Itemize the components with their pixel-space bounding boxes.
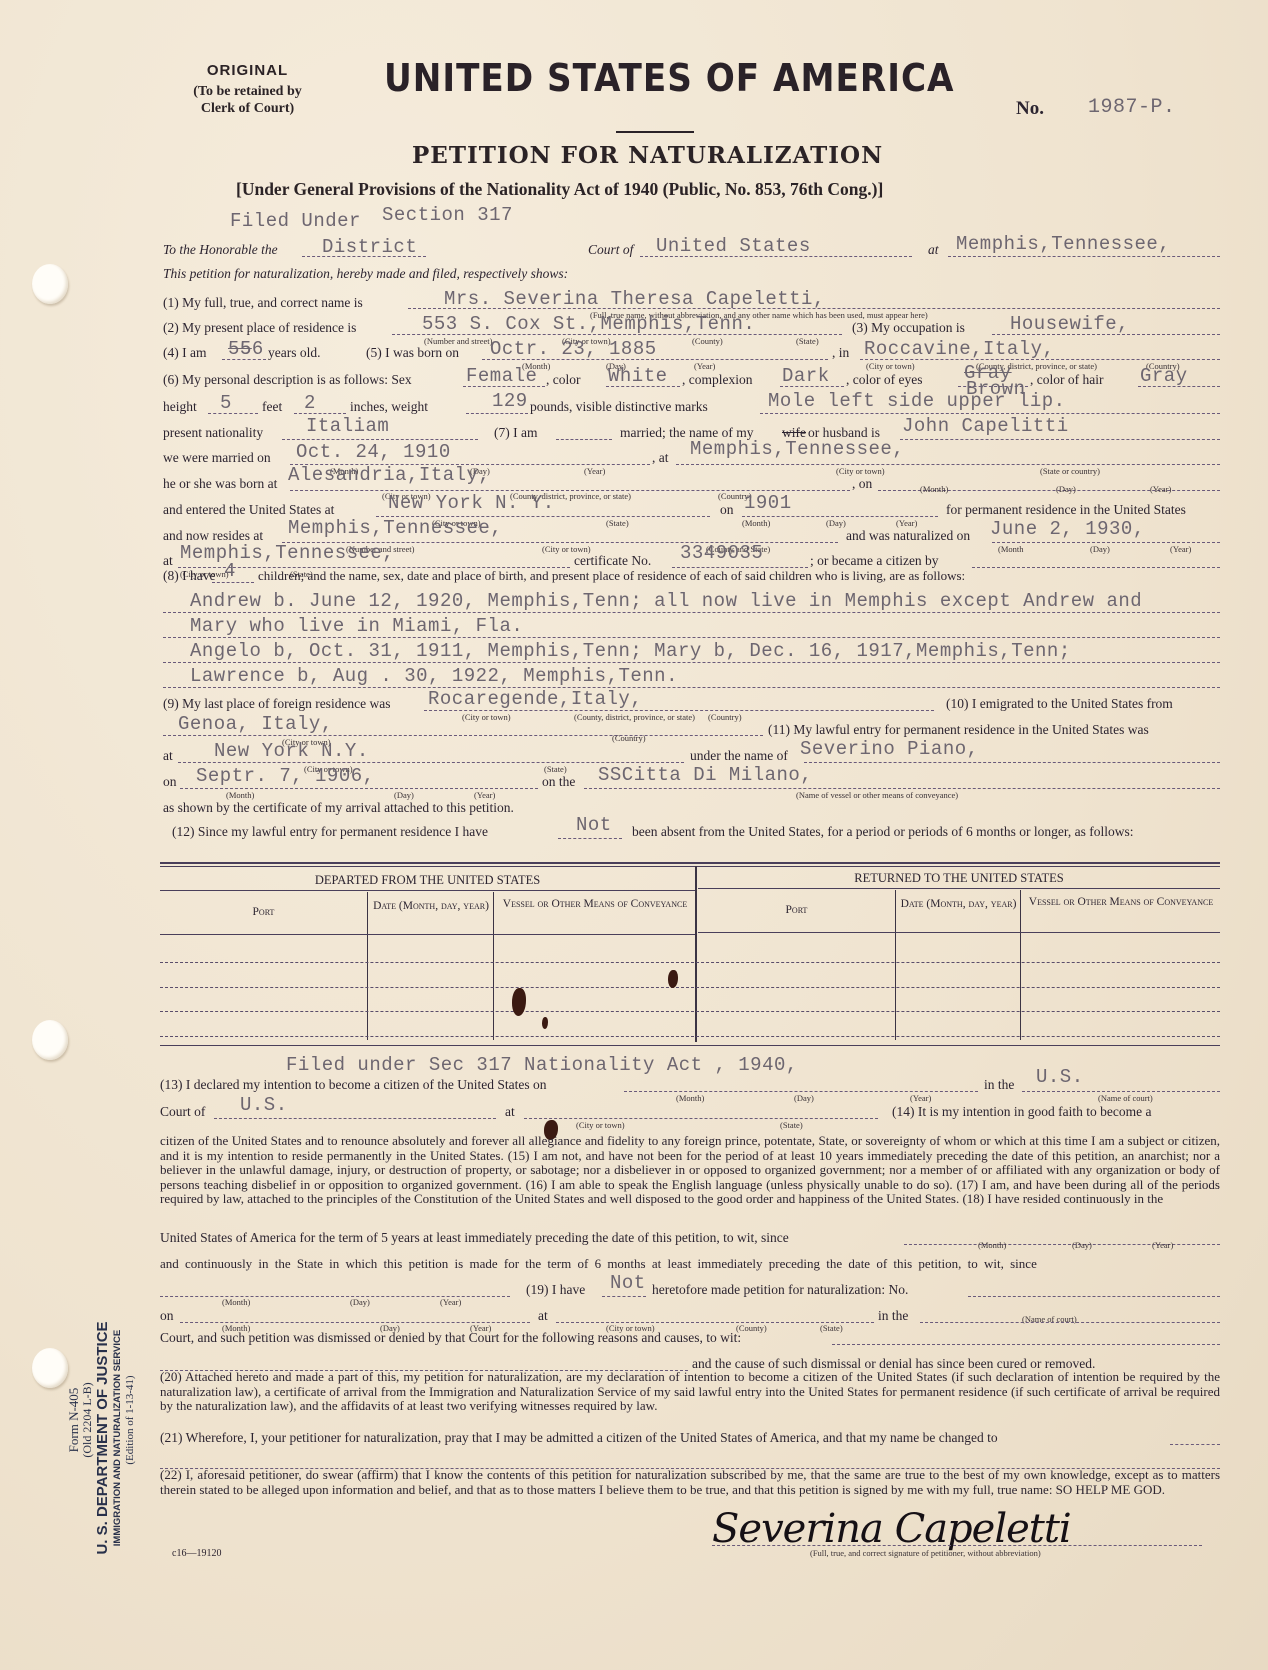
nat-at-label: at: [163, 553, 173, 569]
last-foreign-residence-field: Rocaregende,Italy,: [428, 688, 642, 710]
q8-suffix: children; and the name, sex, date and pl…: [258, 568, 965, 584]
fill-line: [163, 637, 1220, 638]
complexion-field: Dark: [782, 365, 830, 387]
original-note: (To be retained by Clerk of Court): [150, 83, 345, 117]
complexion-label: , complexion: [682, 372, 753, 388]
hint: (Country): [708, 712, 742, 722]
table-rule: [160, 1045, 1220, 1046]
petition-title: PETITION FOR NATURALIZATION: [412, 142, 883, 169]
hint: (State): [544, 764, 567, 774]
fill-line: [832, 1344, 1220, 1345]
q6-label: (6) My personal description is as follow…: [163, 372, 412, 388]
hint: (Day): [1090, 544, 1110, 554]
children-line: Mary who live in Miami, Fla.: [190, 615, 523, 637]
dismissed-text: Court, and such petition was dismissed o…: [160, 1330, 741, 1346]
residence-5yr-text: United States of America for the term of…: [160, 1230, 789, 1246]
children-line: Angelo b, Oct. 31, 1911, Memphis,Tenn; M…: [190, 640, 1071, 662]
hint: (City or town): [866, 361, 915, 371]
fill-line: [466, 413, 528, 414]
q2-label: (2) My present place of residence is: [163, 320, 356, 336]
document-title: UNITED STATES OF AMERICA: [384, 56, 955, 100]
filed-under-label: Filed Under: [230, 210, 361, 232]
court-location-field: Memphis,Tennessee,: [956, 233, 1170, 255]
number-label: No.: [1016, 98, 1044, 120]
punch-hole: [32, 264, 68, 304]
spouse-born-label: he or she was born at: [163, 476, 277, 492]
fill-line: [948, 256, 1220, 257]
hint: (Year): [584, 466, 605, 476]
entry-date-field: Septr. 7, 1906,: [196, 765, 375, 787]
residence-6mo-text: and continuously in the State in which t…: [160, 1256, 1037, 1272]
q19-label: (19) I have: [526, 1282, 585, 1298]
old-form-text: (Old 2204 L-B): [80, 1382, 94, 1457]
column-header-port: Port: [698, 904, 895, 917]
children-count-field: 4: [224, 560, 236, 582]
fill-line: [163, 612, 1220, 613]
original-note-line: (To be retained by: [150, 83, 345, 100]
hint: (Year): [910, 1093, 931, 1103]
fill-line: [900, 439, 1220, 440]
children-line: Lawrence b, Aug . 30, 1922, Memphis,Tenn…: [190, 665, 678, 687]
returned-header: RETURNED TO THE UNITED STATES: [698, 872, 1220, 885]
fill-line: [294, 413, 346, 414]
petitioner-name-field: Mrs. Severina Theresa Capeletti,: [444, 288, 825, 310]
on-label: on: [160, 1308, 174, 1324]
fill-line: [1170, 1444, 1220, 1445]
hint: (Month: [998, 544, 1024, 554]
certificate-number-field: 3349035: [680, 542, 763, 564]
column-divider: [367, 892, 368, 1040]
court-of-label: Court of: [588, 242, 633, 258]
to-honorable-label: To the Honorable the: [163, 242, 278, 258]
fill-line: [524, 1118, 878, 1119]
punch-hole: [32, 1020, 68, 1060]
occupation-field: Housewife,: [1010, 313, 1129, 335]
signature-line: [712, 1545, 1202, 1546]
filed-under-value: Section 317: [382, 204, 513, 226]
column-header-date: Date (Month, day, year): [897, 898, 1020, 911]
service-label: IMMIGRATION AND NATURALIZATION SERVICE: [112, 1298, 123, 1578]
height-inches-field: 2: [304, 392, 316, 414]
fill-line: [1022, 1091, 1220, 1092]
fill-line: [282, 439, 478, 440]
declaration-court-field: U.S.: [1036, 1066, 1084, 1088]
color-field: White: [608, 365, 668, 387]
certificate-note: as shown by the certificate of my arriva…: [163, 800, 514, 816]
hint: (City or town): [576, 1120, 625, 1130]
vessel-field: SSCitta Di Milano,: [598, 764, 812, 786]
fill-line: [602, 1296, 646, 1297]
court-of-field: United States: [656, 235, 811, 257]
nationality-field: Italiam: [306, 415, 389, 437]
department-text: DEPARTMENT OF JUSTICE: [94, 1321, 111, 1517]
q1-label: (1) My full, true, and correct name is: [163, 295, 363, 311]
hint: (Month): [920, 484, 948, 494]
fill-line: [584, 788, 1220, 789]
citizen-by-label: ; or became a citizen by: [810, 553, 939, 569]
hint: (Year): [474, 790, 495, 800]
entry-place-field: New York N.Y.: [214, 740, 369, 762]
hint: (Day): [1056, 484, 1076, 494]
q9-label: (9) My last place of foreign residence w…: [163, 696, 391, 712]
column-divider: [895, 890, 896, 1040]
fill-line: [972, 567, 1220, 568]
hint: (Year): [440, 1297, 461, 1307]
court-type-field: District: [322, 236, 417, 258]
hint: (Day): [1072, 1240, 1092, 1250]
hint: (County): [692, 336, 723, 346]
naturalized-label: and was naturalized on: [846, 528, 970, 544]
hint: (Year): [1150, 484, 1171, 494]
department-label: U. S. DEPARTMENT OF JUSTICE: [94, 1298, 111, 1578]
entered-on-label: on: [720, 502, 734, 518]
height-feet-field: 5: [220, 392, 232, 414]
vessel-hint: (Name of vessel or other means of convey…: [796, 790, 958, 800]
hint: (City or town): [462, 712, 511, 722]
marriage-place-field: Memphis,Tennessee,: [690, 438, 904, 460]
q11-label: (11) My lawful entry for permanent resid…: [768, 722, 1149, 738]
petition-subtitle: [Under General Provisions of the Nationa…: [236, 179, 883, 200]
children-line: Andrew b. June 12, 1920, Memphis,Tenn; a…: [190, 590, 1142, 612]
column-divider: [493, 892, 494, 1040]
hint: (State): [606, 518, 629, 528]
years-old-label: years old.: [268, 345, 320, 361]
table-rule: [698, 932, 1220, 933]
spouse-entry-year-field: 1901: [744, 492, 792, 514]
hint: (Year): [896, 518, 917, 528]
table-row: [160, 962, 1220, 963]
q21-paragraph: (21) Wherefore, I, your petitioner for n…: [160, 1430, 998, 1446]
court-at-label: at: [928, 242, 939, 258]
fill-line: [968, 1296, 1220, 1297]
fill-line: [624, 1091, 978, 1092]
fill-line: [178, 762, 684, 763]
at-label: at: [505, 1104, 515, 1120]
entered-suffix: for permanent residence in the United St…: [946, 502, 1186, 518]
nationality-label: present nationality: [163, 425, 263, 441]
on-the-label: on the: [542, 774, 575, 790]
at-label: at: [538, 1308, 548, 1324]
fill-line: [212, 582, 254, 583]
weight-field: 129: [492, 390, 528, 412]
entry-name-field: Severino Piano,: [800, 738, 979, 760]
q22-paragraph: (22) I, aforesaid petitioner, do swear (…: [160, 1468, 1220, 1497]
q12-label: (12) Since my lawful entry for permanent…: [172, 824, 488, 840]
hint: (Name of court): [1098, 1093, 1153, 1103]
signature-hint: (Full, true, and correct signature of pe…: [810, 1548, 1041, 1558]
absent-field: Not: [576, 814, 612, 836]
hint: (Day): [826, 518, 846, 528]
table-divider: [695, 866, 697, 1042]
in-the-label: in the: [984, 1077, 1014, 1093]
entered-label: and entered the United States at: [163, 502, 334, 518]
fill-line: [163, 735, 763, 736]
fill-line: [163, 687, 1220, 688]
court-of-label: Court of: [160, 1104, 205, 1120]
hint: (Month): [676, 1093, 704, 1103]
on-label: , on: [852, 476, 872, 492]
fill-line: [208, 413, 258, 414]
oath-paragraph: citizen of the United States and to reno…: [160, 1134, 1220, 1207]
column-header-vessel: Vessel or Other Means of Conveyance: [1022, 896, 1220, 909]
hint: (Country): [612, 733, 646, 743]
fill-line: [760, 413, 1220, 414]
inches-label: inches, weight: [350, 399, 428, 415]
q8-label: (8) I have: [163, 568, 215, 584]
table-rule: [160, 866, 1220, 867]
edition-label: (Edition of 1-13-41): [124, 1300, 136, 1540]
hint: (Year): [1170, 544, 1191, 554]
color-label: , color: [546, 372, 581, 388]
table-rule: [160, 862, 1220, 864]
entry-at-label: at: [163, 748, 173, 764]
q14-label: (14) It is my intention in good faith to…: [892, 1104, 1151, 1120]
intro-text: This petition for naturalization, hereby…: [163, 266, 568, 282]
hint: (Day): [394, 790, 414, 800]
distinctive-marks-field: Mole left side upper lip.: [768, 390, 1066, 412]
fill-line: [804, 762, 1220, 763]
fill-line: [676, 464, 1220, 465]
hint: (Day): [350, 1297, 370, 1307]
eyes-label: , color of eyes: [846, 372, 922, 388]
married-at-label: , at: [652, 450, 669, 466]
column-divider: [1020, 890, 1021, 1040]
q3-label: (3) My occupation is: [852, 320, 965, 336]
age-field: 56: [240, 338, 264, 360]
ink-stain: [668, 970, 678, 988]
form-number-text: Form N-405: [66, 1388, 81, 1453]
fill-line: [558, 838, 622, 839]
previous-petition-field: Not: [610, 1272, 646, 1294]
q20-paragraph: (20) Attached hereto and made a part of …: [160, 1370, 1220, 1414]
in-the-label: in the: [878, 1308, 908, 1324]
in-label: , in: [832, 345, 849, 361]
table-rule: [160, 890, 695, 891]
q7-label: (7) I am: [494, 425, 537, 441]
column-header-date: Date (Month, day, year): [369, 900, 493, 913]
fill-line: [992, 542, 1220, 543]
table-rule: [160, 934, 695, 935]
edition-text: (Edition of 1-13-41): [124, 1375, 136, 1464]
hair-field: Gray: [1140, 365, 1188, 387]
column-header-vessel: Vessel or Other Means of Conveyance: [495, 898, 695, 911]
pounds-label: pounds, visible distinctive marks: [530, 399, 708, 415]
table-rule: [698, 888, 1220, 889]
table-row: [160, 987, 1220, 988]
q13-label: (13) I declared my intention to become a…: [160, 1077, 547, 1093]
q4-label: (4) I am: [163, 345, 206, 361]
petition-number: 1987-P.: [1088, 96, 1176, 119]
filed-under-note: Filed under Sec 317 Nationality Act , 19…: [286, 1054, 798, 1076]
hint: (State): [820, 1323, 843, 1333]
spouse-name-field: John Capelitti: [902, 415, 1069, 437]
birth-date-field: Octr. 23, 1885: [490, 338, 657, 360]
hint: (State): [780, 1120, 803, 1130]
fill-line: [424, 710, 934, 711]
fill-line: [742, 516, 938, 517]
emigrated-from-field: Genoa, Italy,: [178, 713, 333, 735]
service-text: IMMIGRATION AND NATURALIZATION SERVICE: [112, 1330, 123, 1546]
fill-line: [180, 788, 538, 789]
old-form: (Old 2204 L-B): [80, 1300, 95, 1540]
spouse-entry-place-field: New York N. Y.: [388, 492, 555, 514]
hint: (State): [796, 336, 819, 346]
ink-stain: [542, 1017, 548, 1029]
residence-field: 553 S. Cox St.,Memphis,Tenn.: [422, 313, 755, 335]
hint: (City or town): [836, 466, 885, 476]
hint: (County, district, province, or state): [574, 712, 695, 722]
hint: (Month): [226, 790, 254, 800]
hint: (Year): [694, 361, 715, 371]
declaration-court-of-field: U.S.: [240, 1094, 288, 1116]
q19-suffix: heretofore made petition for naturalizat…: [652, 1282, 908, 1298]
table-row: [160, 1011, 1220, 1012]
under-name-label: under the name of: [690, 748, 788, 764]
punch-hole: [32, 1348, 68, 1388]
hint: (Month): [222, 1297, 250, 1307]
hair-label: , color of hair: [1030, 372, 1103, 388]
marriage-date-field: Oct. 24, 1910: [296, 441, 451, 463]
fill-line: [214, 1118, 496, 1119]
height-label: height: [163, 399, 197, 415]
table-row: [160, 1036, 1220, 1037]
departed-header: DEPARTED FROM THE UNITED STATES: [160, 874, 695, 887]
original-label: ORIGINAL: [170, 62, 325, 79]
column-header-port: Port: [160, 906, 367, 919]
feet-label: feet: [262, 399, 282, 415]
spouse-naturalized-place-field: Memphis,Tennessee,: [180, 542, 394, 564]
q10-label: (10) I emigrated to the United States fr…: [946, 696, 1173, 712]
spouse-birthplace-field: Alesandria,Italy,: [288, 464, 490, 486]
q5-label: (5) I was born on: [366, 345, 459, 361]
title-rule: [616, 131, 694, 133]
original-note-line: Clerk of Court): [150, 100, 345, 117]
sex-field: Female: [466, 365, 537, 387]
hint: (Day): [794, 1093, 814, 1103]
q12-suffix: been absent from the United States, for …: [632, 824, 1133, 840]
entry-on-label: on: [163, 774, 177, 790]
fill-line: [163, 662, 1220, 663]
print-code: c16—19120: [172, 1548, 221, 1559]
hint: (Month): [978, 1240, 1006, 1250]
spouse-naturalized-date-field: June 2, 1930,: [990, 518, 1145, 540]
hint: (Year): [1152, 1240, 1173, 1250]
birth-place-field: Roccavine,Italy,: [864, 338, 1054, 360]
us-text: U. S.: [94, 1521, 111, 1554]
certificate-label: certificate No.: [574, 553, 651, 569]
hint: (Name of court): [1022, 1314, 1077, 1324]
hint: (Month): [742, 518, 770, 528]
hint: (State or country): [1040, 466, 1100, 476]
married-on-label: we were married on: [163, 450, 271, 466]
fill-line: [556, 439, 612, 440]
spouse-residence-field: Memphis,Tennessee,: [288, 517, 502, 539]
